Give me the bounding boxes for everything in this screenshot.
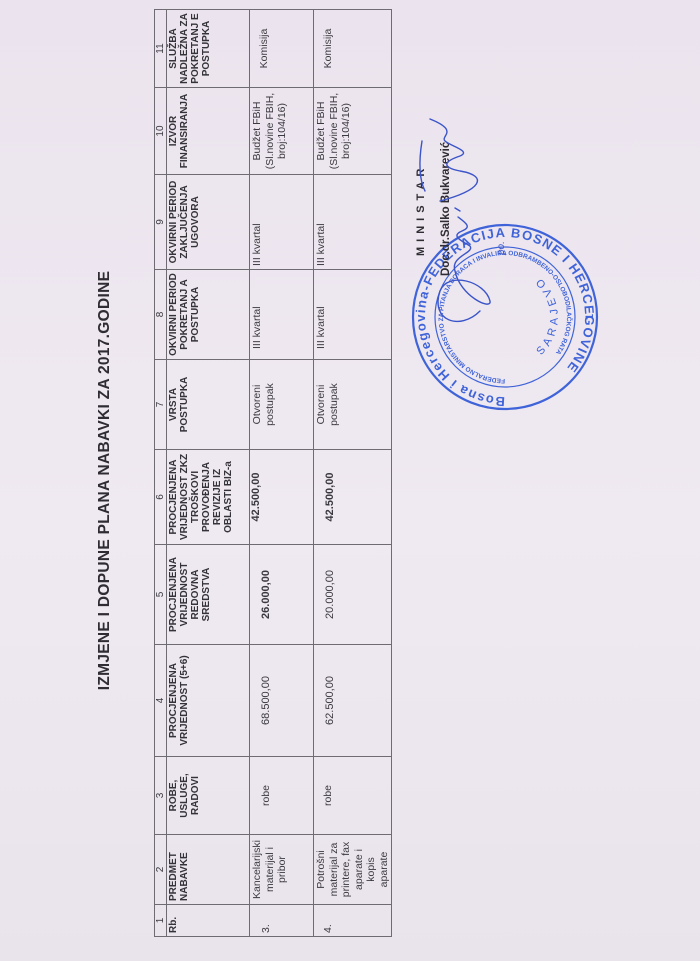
cell-redovna: 26.000,00 [250,545,314,645]
header-predmet: PREDMET NABAVKE [167,835,250,905]
cell-vrsta: robe [250,757,314,835]
column-number: 5 [155,545,167,645]
cell-postupak: Otvoreni postupak [314,360,392,450]
cell-zakljucenje: III kvartal [314,175,392,270]
cell-izvor: Budžet FBiH (Sl.novine FBIH, broj:104/16… [314,88,392,175]
header-zkz: PROCJENJENA VRIJEDNOST ZKZ TROŠKOVI PROV… [167,450,250,545]
cell-zakljucenje: III kvartal [250,175,314,270]
header-redovna: PROCJENJENA VRIJEDNOST REDOVNA SREDSTVA [167,545,250,645]
cell-postupak: Otvoreni postupak [250,360,314,450]
cell-predmet: Kancelarijski materijal i pribor [250,835,314,905]
table-row: 3. Kancelarijski materijal i pribor robe… [250,10,314,937]
cell-zkz: 42.500,00 [250,450,314,545]
column-number: 4 [155,645,167,757]
column-number: 2 [155,835,167,905]
stamp-number: 1 [584,314,596,320]
cell-predmet: Potrošni materijal za printere, fax apar… [314,835,392,905]
cell-sluzba: Komisija [250,10,314,88]
header-zakljucenje: OKVIRNI PERIOD ZAKLJUČENJA UGOVORA [167,175,250,270]
cell-ukupno: 62.500,00 [314,645,392,757]
column-number: 7 [155,360,167,450]
document-page: IZMJENE I DOPUNE PLANA NABAVKI ZA 2017.G… [0,0,700,961]
column-number: 3 [155,757,167,835]
cell-izvor: Budžet FBiH (Sl.novine FBIH, broj:104/16… [250,88,314,175]
header-vrsta: ROBE, USLUGE, RADOVI [167,757,250,835]
cell-redovna: 20.000,00 [314,545,392,645]
cell-rb: 4. [314,905,392,937]
table-row: 4. Potrošni materijal za printere, fax a… [314,10,392,937]
cell-pokretanje: III kvartal [250,270,314,360]
column-number: 8 [155,270,167,360]
cell-pokretanje: III kvartal [314,270,392,360]
header-ukupno: PROCJENJENA VRIJEDNOST (5+6) [167,645,250,757]
column-number: 6 [155,450,167,545]
document-title: IZMJENE I DOPUNE PLANA NABAVKI ZA 2017.G… [96,0,114,961]
column-number: 9 [155,175,167,270]
header-izvor: IZVOR FINANSIRANJA [167,88,250,175]
column-number: 1 [155,905,167,937]
header-row: Rb. PREDMET NABAVKE ROBE, USLUGE, RADOVI… [167,10,250,937]
cell-sluzba: Komisija [314,10,392,88]
handwritten-signature: po. [400,111,510,341]
signature-po-mark: po. [496,241,507,256]
cell-ukupno: 68.500,00 [250,645,314,757]
column-number: 10 [155,88,167,175]
procurement-plan-table: 1 2 3 4 5 6 7 8 9 10 11 Rb. PREDMET NABA… [154,9,392,937]
cell-vrsta: robe [314,757,392,835]
header-sluzba: SLUŽBA NADLEŽNA ZA POKRETANJ E POSTUPKA [167,10,250,88]
header-postupak: VRSTA POSTUPKA [167,360,250,450]
column-number-row: 1 2 3 4 5 6 7 8 9 10 11 [155,10,167,937]
header-pokretanje: OKVIRNI PERIOD POKRETANJ A POSTUPKA [167,270,250,360]
cell-rb: 3. [250,905,314,937]
header-rb: Rb. [167,905,250,937]
column-number: 11 [155,10,167,88]
cell-zkz: 42.500,00 [314,450,392,545]
